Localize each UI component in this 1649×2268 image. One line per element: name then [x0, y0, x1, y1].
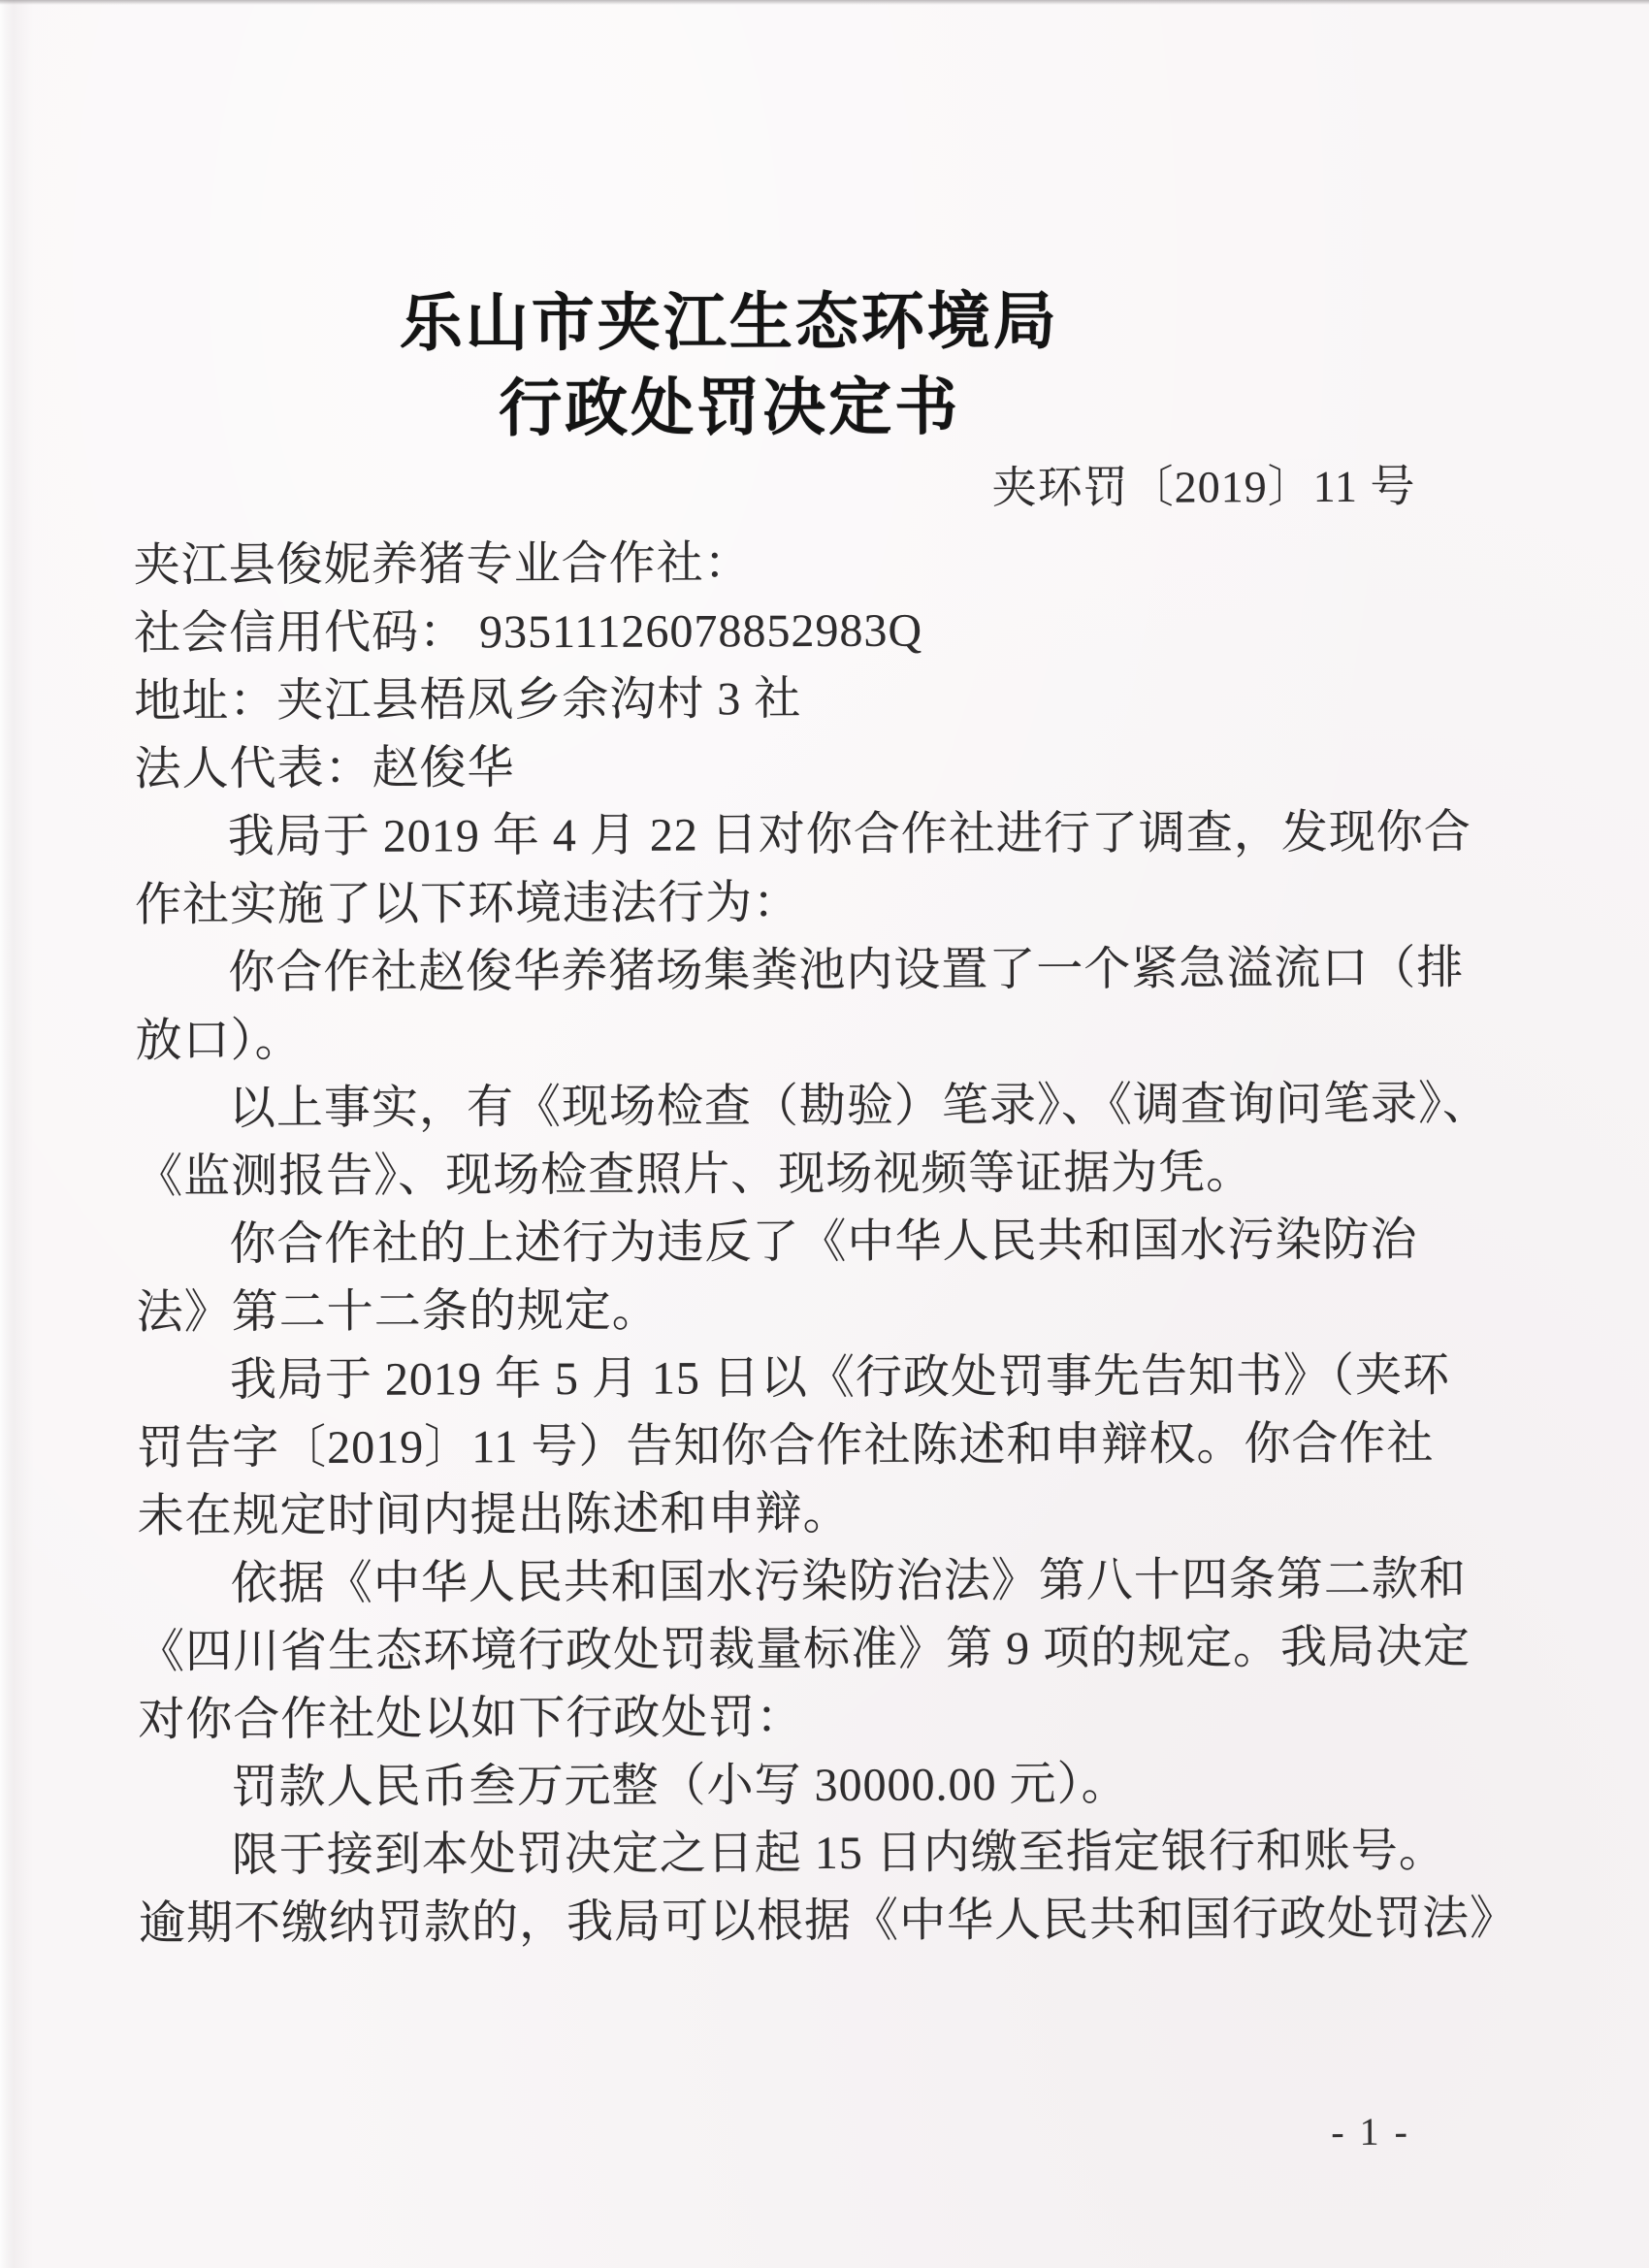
document-body: 夹江县俊妮养猪专业合作社： 社会信用代码： 93511126078852983Q… [134, 527, 1541, 1959]
document-line: 逾期不缴纳罚款的，我局可以根据《中华人民共和国行政处罚法》 [139, 1885, 1540, 1959]
document-line: 作社实施了以下环境违法行为： [135, 866, 1536, 940]
document-line: 以上事实，有《现场检查（勘验）笔录》、《调查询问笔录》、 [136, 1070, 1537, 1144]
document-line: 限于接到本处罚决定之日起 15 日内缴至指定银行和账号。 [139, 1817, 1540, 1891]
document-line-penalty-amount: 罚款人民币叁万元整（小写 30000.00 元）。 [138, 1749, 1539, 1823]
document-line: 罚告字〔2019〕11 号）告知你合作社陈述和申辩权。你合作社 [137, 1409, 1538, 1483]
document-line: 放口）。 [135, 1002, 1536, 1076]
scanned-document-page: 乐山市夹江生态环境局 行政处罚决定书 夹环罚〔2019〕11 号 夹江县俊妮养猪… [0, 0, 1649, 2268]
document-line: 依据《中华人民共和国水污染防治法》第八十四条第二款和 [138, 1545, 1539, 1619]
document-line-credit-code: 社会信用代码： 93511126078852983Q [134, 595, 1536, 668]
document-line-legal-rep: 法人代表：赵俊华 [134, 730, 1536, 804]
document-number: 夹环罚〔2019〕11 号 [992, 460, 1416, 515]
document-line-recipient: 夹江县俊妮养猪专业合作社： [134, 527, 1536, 600]
document-line: 未在规定时间内提出陈述和申辩。 [137, 1477, 1538, 1551]
document-line: 《四川省生态环境行政处罚裁量标准》第 9 项的规定。我局决定 [138, 1613, 1539, 1687]
document-line: 对你合作社处以如下行政处罚： [138, 1681, 1539, 1755]
document-content: 乐山市夹江生态环境局 行政处罚决定书 夹环罚〔2019〕11 号 夹江县俊妮养猪… [0, 0, 1649, 2268]
document-line: 《监测报告》、现场检查照片、现场视频等证据为凭。 [136, 1138, 1537, 1212]
document-line: 你合作社赵俊华养猪场集粪池内设置了一个紧急溢流口（排 [135, 934, 1536, 1008]
page-number: - 1 - [1331, 2109, 1410, 2155]
document-line: 我局于 2019 年 4 月 22 日对你合作社进行了调查，发现你合 [135, 798, 1536, 872]
document-line: 你合作社的上述行为违反了《中华人民共和国水污染防治 [136, 1206, 1537, 1280]
agency-title: 乐山市夹江生态环境局 [0, 287, 1554, 357]
document-line: 我局于 2019 年 5 月 15 日以《行政处罚事先告知书》（夹环 [137, 1342, 1538, 1415]
document-type-title: 行政处罚决定书 [0, 373, 1554, 442]
document-line: 法》第二十二条的规定。 [137, 1274, 1538, 1347]
document-line-address: 地址：夹江县梧凤乡余沟村 3 社 [134, 663, 1536, 736]
